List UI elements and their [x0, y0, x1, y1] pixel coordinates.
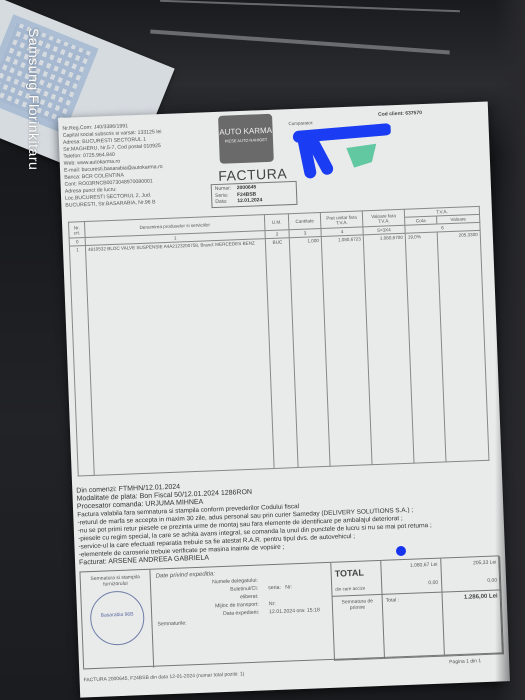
dashboard-trim — [150, 30, 450, 55]
items-table: Nr. crt. Denumirea produselor si servici… — [68, 206, 489, 477]
page-indicator: Pagina 1 din 1 — [449, 658, 481, 665]
invoice-date: 12.01.2024 — [237, 197, 262, 204]
table-row: 1 4810532 BLOC VALVE SUSPENSIE A4A212320… — [69, 230, 489, 476]
dashboard-trim — [160, 0, 460, 12]
footer-reference: FACTURA 2000645, F24BSB din data 12-01-2… — [83, 671, 244, 683]
product-name: 4810532 BLOC VALVE SUSPENSIE A4A21232007… — [85, 239, 274, 476]
invoice-notes: Din comenzi: FTMHN/12.01.2024 Modalitate… — [76, 471, 499, 567]
redaction-scribble — [290, 121, 392, 180]
company-logo: AUTO KARMA PIESE AUTO NAHIGET — [218, 114, 274, 164]
supplier-details: Nr.Reg.Com: J40/3386/1991 Capital social… — [62, 122, 164, 210]
shipping-details: Date privind expeditia: Numele delegatul… — [152, 563, 334, 668]
company-stamp: Basarabia 96B — [89, 590, 145, 646]
supplier-signature: Semnatura si stampila furnizorului Basar… — [80, 570, 154, 671]
invoice-document: Nr.Reg.Com: J40/3386/1991 Capital social… — [58, 101, 510, 697]
invoice-meta: Numar:2000645 Seria:F24BSB Data:12.01.20… — [211, 181, 298, 208]
client-code: Cod client: 637570 — [378, 110, 422, 118]
shadow-edge — [495, 0, 525, 700]
redaction-dot — [396, 546, 406, 556]
totals-box: TOTAL din care accize 1.080,67 Lei 0,00 … — [330, 556, 504, 660]
invoice-footer: Semnatura si stampila furnizorului Basar… — [79, 555, 502, 669]
watermark: Samsung Florinkitaru — [26, 28, 42, 170]
total-without-vat: 1.080,67 Lei — [384, 562, 437, 570]
total-vat: 205,33 Lei — [444, 560, 496, 568]
